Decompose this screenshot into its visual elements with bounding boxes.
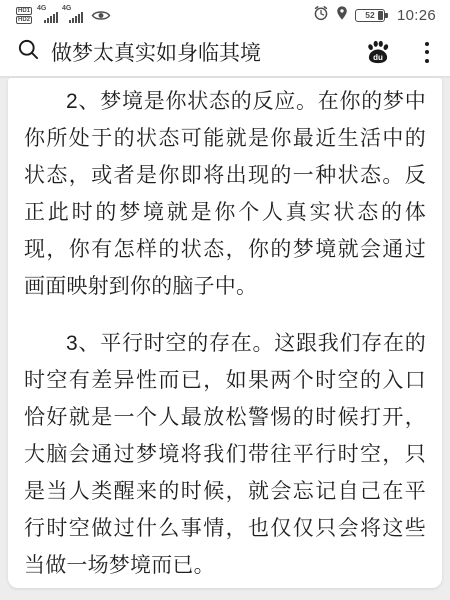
status-right-cluster: 52 10:26 [313,5,436,26]
search-query[interactable]: 做梦太真实如身临其境 [51,37,364,67]
location-icon [335,5,349,26]
signal-sim1: 4G [37,6,59,24]
page-background: 2、梦境是你状态的反应。在你的梦中你所处于的状态可能就是你最近生活中的状态，或者… [0,78,450,600]
battery-fill [378,11,383,20]
article-paragraph: 3、平行时空的存在。这跟我们存在的时空有差异性而已，如果两个时空的入口恰好就是一… [24,325,426,584]
article-card: 2、梦境是你状态的反应。在你的梦中你所处于的状态可能就是你最近生活中的状态，或者… [8,78,442,588]
hd1-badge: HD1 [16,7,32,15]
search-bar[interactable]: 做梦太真实如身临其境 du [0,28,450,78]
network-type-label-2: 4G [62,5,71,12]
kebab-menu-icon[interactable] [422,40,432,65]
alarm-clock-icon [313,5,329,26]
signal-bars-icon [69,12,84,23]
status-left-cluster: HD1 HD2 4G 4G [16,6,111,24]
battery-percent: 52 [365,11,374,20]
phone-screen: HD1 HD2 4G 4G [0,0,450,600]
signal-sim2: 4G [62,6,84,24]
search-icon [17,38,40,66]
status-bar: HD1 HD2 4G 4G [0,0,450,28]
battery-icon: 52 [355,9,385,22]
eye-comfort-icon [91,9,111,22]
hd-volte-badges: HD1 HD2 [16,7,32,24]
battery-nub [385,13,388,18]
status-time: 10:26 [397,7,436,24]
hd2-badge: HD2 [16,16,32,24]
article-paragraph: 2、梦境是你状态的反应。在你的梦中你所处于的状态可能就是你最近生活中的状态，或者… [24,83,426,305]
network-type-label-1: 4G [37,5,46,12]
baidu-paw-icon[interactable]: du [364,39,392,66]
svg-text:du: du [373,53,383,62]
signal-bars-icon [44,12,59,23]
